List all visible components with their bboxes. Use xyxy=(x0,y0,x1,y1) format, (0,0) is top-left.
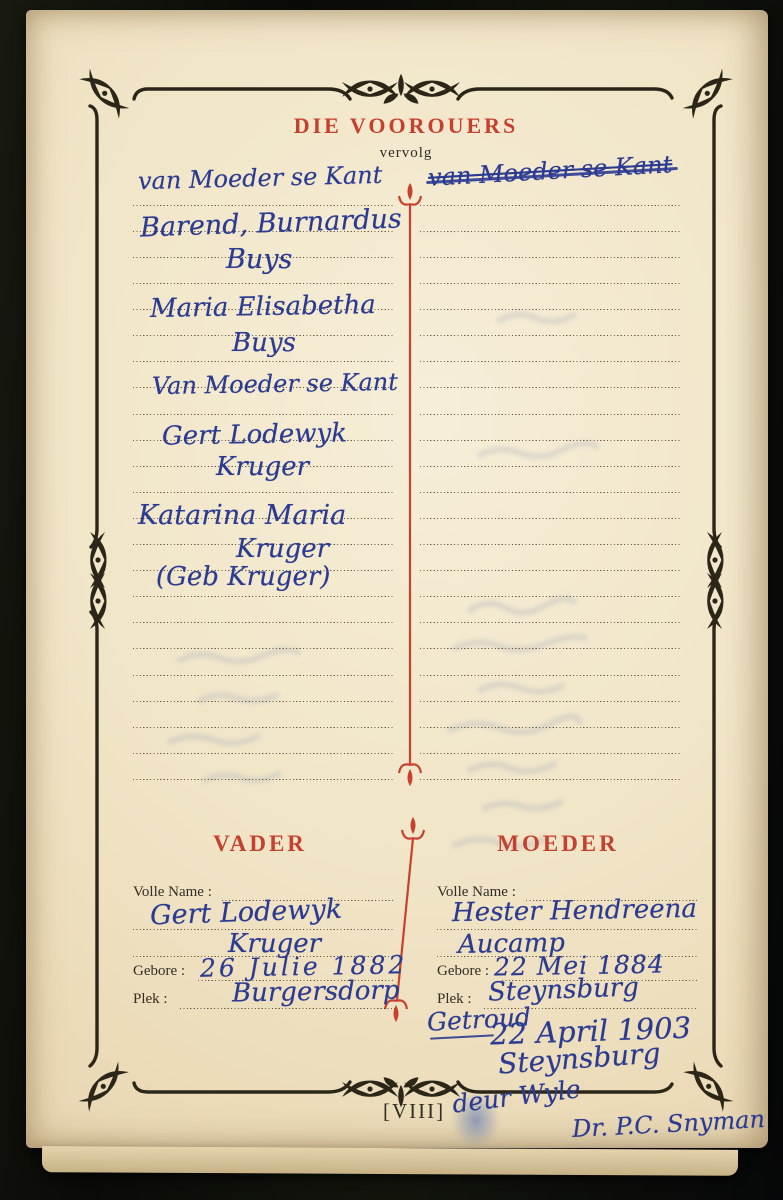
ruled-dotted-line xyxy=(420,517,682,519)
ruled-dotted-line xyxy=(420,700,682,702)
ruled-dotted-line xyxy=(420,465,682,467)
ruled-dotted-line xyxy=(420,543,682,545)
ruled-dotted-line xyxy=(133,752,395,754)
ruled-dotted-line xyxy=(420,752,682,754)
ruled-dotted-line xyxy=(420,596,682,598)
ancestor-entry-line: Gert Lodewyk xyxy=(162,418,347,451)
ruled-dotted-line xyxy=(420,674,682,676)
vader-gebore-label: Gebore : xyxy=(133,963,185,980)
ruled-dotted-line xyxy=(420,361,682,363)
ruled-dotted-line xyxy=(420,387,682,389)
ruled-dotted-line xyxy=(133,778,395,780)
ruled-dotted-line xyxy=(133,596,395,598)
ruled-dotted-line xyxy=(133,726,395,728)
ruled-dotted-line xyxy=(133,674,395,676)
ruled-dotted-line xyxy=(133,361,395,363)
ancestor-entry-line: Katarina Maria xyxy=(138,500,346,531)
ruled-dotted-line xyxy=(420,726,682,728)
book-photo: DIE VOOROUERS vervolg van Moeder se Kant… xyxy=(0,0,783,1200)
page-edge-below xyxy=(42,1146,738,1176)
ancestor-entry-line: Buys xyxy=(226,244,292,275)
ruled-dotted-line xyxy=(133,648,395,650)
moeder-gebore-label: Gebore : xyxy=(437,963,489,980)
page-number: [VIII] xyxy=(383,1099,445,1124)
ruled-dotted-line xyxy=(420,282,682,284)
ruled-dotted-line xyxy=(133,491,395,493)
vader-plek-label: Plek : xyxy=(133,991,168,1008)
ruled-dotted-line xyxy=(420,335,682,337)
moeder-heading: MOEDER xyxy=(478,831,638,857)
ruled-dotted-line xyxy=(420,622,682,624)
ancestor-entry-line: Maria Elisabetha xyxy=(150,290,376,324)
ancestor-entry-line: Van Moeder se Kant xyxy=(152,368,398,400)
ancestor-entry-line: Kruger xyxy=(216,452,309,482)
ruled-dotted-line xyxy=(420,778,682,780)
moeder-name-handwriting: Hester Hendreena xyxy=(452,894,697,928)
vader-heading: VADER xyxy=(180,831,340,857)
ruled-dotted-line xyxy=(420,230,682,232)
ancestor-entry-line: Buys xyxy=(232,328,296,358)
vader-plek-handwriting: Burgersdorp xyxy=(232,976,400,1009)
ruled-dotted-line xyxy=(420,204,682,206)
right-ruled-column xyxy=(420,204,682,804)
ruled-dotted-line xyxy=(420,256,682,258)
ruled-dotted-line xyxy=(420,569,682,571)
ruled-dotted-line xyxy=(133,413,395,415)
ruled-dotted-line xyxy=(133,700,395,702)
ruled-dotted-line xyxy=(420,648,682,650)
ruled-dotted-line xyxy=(420,308,682,310)
ruled-dotted-line xyxy=(133,282,395,284)
page-title: DIE VOOROUERS xyxy=(246,113,566,139)
ancestor-entry-line: (Geb Kruger) xyxy=(156,562,330,592)
ruled-dotted-line xyxy=(420,413,682,415)
ancestor-entry-line: Kruger xyxy=(236,534,329,564)
ruled-dotted-line xyxy=(133,622,395,624)
ruled-dotted-line xyxy=(420,439,682,441)
ruled-dotted-line xyxy=(420,491,682,493)
